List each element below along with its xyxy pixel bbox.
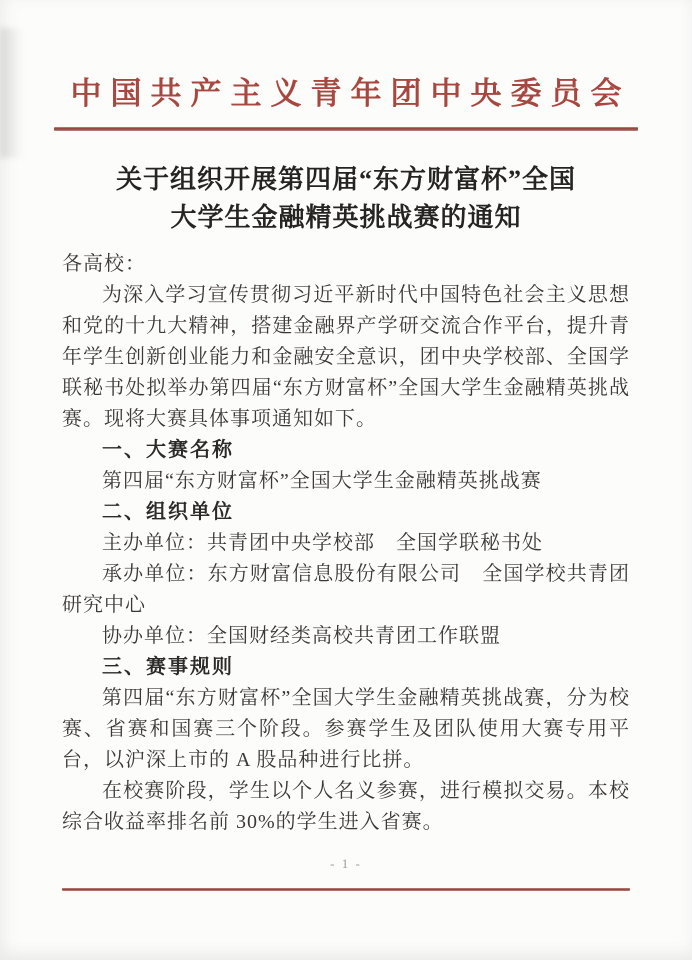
letterhead-divider-rule bbox=[54, 127, 638, 131]
body-paragraph: 协办单位：全国财经类高校共青团工作联盟 bbox=[62, 621, 630, 652]
body-paragraph: 第四届“东方财富杯”全国大学生金融精英挑战赛，分为校赛、省赛和国赛三个阶段。参赛… bbox=[62, 683, 630, 776]
scan-smudge-artifact bbox=[0, 28, 24, 158]
section-heading: 二、组织单位 bbox=[62, 497, 630, 528]
letterhead-org-name: 中国共产主义青年团中央委员会 bbox=[0, 0, 692, 114]
body-paragraph: 主办单位：共青团中央学校部 全国学联秘书处 bbox=[62, 528, 630, 559]
body-paragraph: 第四届“东方财富杯”全国大学生金融精英挑战赛 bbox=[62, 466, 630, 497]
body-paragraph: 为深入学习宣传贯彻习近平新时代中国特色社会主义思想和党的十九大精神，搭建金融界产… bbox=[62, 280, 630, 435]
page-number: - 1 - bbox=[0, 856, 692, 872]
document-title-line2: 大学生金融精英挑战赛的通知 bbox=[0, 199, 692, 237]
document-title-line1: 关于组织开展第四届“东方财富杯”全国 bbox=[0, 161, 692, 199]
salutation: 各高校： bbox=[62, 249, 630, 280]
body-paragraph: 在校赛阶段，学生以个人名义参赛，进行模拟交易。本校综合收益率排名前 30%的学生… bbox=[62, 776, 630, 838]
section-heading: 一、大赛名称 bbox=[62, 435, 630, 466]
footer-divider-rule bbox=[62, 888, 630, 891]
section-heading: 三、赛事规则 bbox=[62, 652, 630, 683]
document-page: 中国共产主义青年团中央委员会 关于组织开展第四届“东方财富杯”全国 大学生金融精… bbox=[0, 0, 692, 960]
document-title: 关于组织开展第四届“东方财富杯”全国 大学生金融精英挑战赛的通知 bbox=[0, 161, 692, 237]
body-paragraph: 承办单位：东方财富信息股份有限公司 全国学校共青团研究中心 bbox=[62, 559, 630, 621]
document-body: 各高校： 为深入学习宣传贯彻习近平新时代中国特色社会主义思想和党的十九大精神，搭… bbox=[62, 249, 630, 838]
